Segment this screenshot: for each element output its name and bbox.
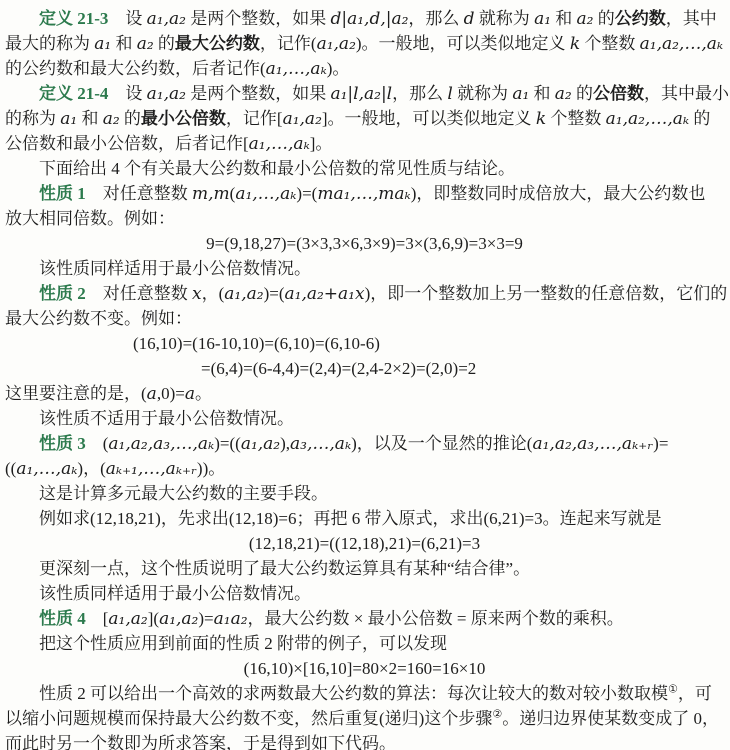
- text-line: 下面给出 4 个有关最大公约数和最小公倍数的常见性质与结论。: [5, 156, 724, 181]
- text-line: 放大相同倍数。例如：: [5, 206, 724, 231]
- text-line: 例如求(12,18,21)，先求出(12,18)=6；再把 6 带入原式，求出(…: [5, 506, 724, 531]
- text-line: 最大的称为 a₁ 和 a₂ 的最大公约数，记作(a₁,a₂)。一般地，可以类似地…: [5, 31, 724, 56]
- text-run: 9=(9,18,27)=(3×3,3×6,3×9)=3×(3,6,9)=3×3=…: [206, 234, 523, 253]
- text-run: ，其中最小: [644, 84, 729, 103]
- text-line: 这里要注意的是，(a,0)=a。: [5, 381, 724, 406]
- text-run: 公倍数和最小公倍数，后者记作[: [5, 134, 249, 153]
- text-run: 和: [551, 9, 577, 28]
- equation-line: 9=(9,18,27)=(3×3,3×6,3×9)=3×(3,6,9)=3×3=…: [5, 231, 724, 256]
- text-run: 的: [593, 9, 614, 28]
- text-run: 的: [689, 109, 710, 128]
- text-run: )，以及一个显然的推论(: [351, 434, 532, 453]
- text-line: 性质 2 可以给出一个高效的求两数最大公约数的算法：每次让较大的数对较小数取模①…: [5, 681, 724, 706]
- math-run: a₁a₂: [214, 609, 248, 629]
- text-line: 性质 2 对任意整数 x，(a₁,a₂)=(a₁,a₂+a₁x)，即一个整数加上…: [5, 281, 724, 306]
- text-line: 这是计算多元最大公约数的主要手段。: [5, 481, 724, 506]
- text-run: )。一般地，可以类似地定义: [356, 34, 570, 53]
- math-run: a₁,a₂,…,aₖ: [640, 34, 723, 54]
- math-run: d: [464, 9, 475, 29]
- text-run: )，即整数同时成倍放大，最大公约数也: [411, 184, 706, 203]
- math-run: a₁: [534, 9, 551, 29]
- text-line: 的公约数和最大公约数，后者记作(a₁,…,aₖ)。: [5, 56, 724, 81]
- text-run: ]。: [310, 134, 333, 153]
- key-term: 公约数: [615, 9, 666, 28]
- text-run: 。: [195, 384, 212, 403]
- text-run: 就称为: [475, 9, 535, 28]
- text-run: 设: [108, 9, 146, 28]
- math-run: a₁,a₂: [147, 84, 186, 104]
- text-run: 个整数: [546, 109, 606, 128]
- equation-line: (16,10)=(16-10,10)=(6,10)=(6,10-6): [133, 331, 724, 356]
- key-term: 公倍数: [593, 84, 644, 103]
- text-run: 更深刻一点，这个性质说明了最大公约数运算具有某种“结合律”。: [39, 559, 530, 578]
- text-run: 对任意整数: [86, 284, 192, 303]
- text-run: (12,18,21)=((12,18),21)=(6,21)=3: [249, 534, 480, 553]
- text-run: [: [86, 609, 109, 628]
- section-label: 性质 3: [39, 434, 86, 453]
- text-run: 的称为: [5, 109, 60, 128]
- text-run: ](: [148, 609, 159, 628]
- text-run: 的公约数和最大公约数，后者记作(: [5, 59, 266, 78]
- text-run: 设: [108, 84, 146, 103]
- text-run: 性质 2 可以给出一个高效的求两数最大公约数的算法：每次让较大的数对较小数取模: [39, 684, 668, 703]
- text-run: 例如求(12,18,21)，先求出(12,18)=6；再把 6 带入原式，求出(…: [39, 509, 662, 528]
- math-run: a₁,a₂: [224, 284, 263, 304]
- math-run: k: [536, 109, 546, 129]
- equation-line: (16,10)×[16,10]=80×2=160=16×10: [5, 656, 724, 681]
- text-run: )=((: [214, 434, 241, 453]
- key-term: 最大公约数: [175, 34, 260, 53]
- text-run: 这是计算多元最大公约数的主要手段。: [39, 484, 328, 503]
- math-run: a₁,…,aₖ: [235, 184, 296, 204]
- text-run: 的: [572, 84, 593, 103]
- text-line: 以缩小问题规模而保持最大公约数不变，然后重复(递归)这个步骤②。递归边界使某数变…: [5, 706, 724, 731]
- text-run: (: [86, 434, 109, 453]
- text-run: ，可: [678, 684, 712, 703]
- text-run: )。: [327, 59, 350, 78]
- math-run: a₁,a₂: [317, 34, 356, 54]
- text-line: 该性质不适用于最小公倍数情况。: [5, 406, 724, 431]
- text-run: 的: [154, 34, 175, 53]
- text-run: 的: [120, 109, 141, 128]
- text-line: 把这个性质应用到前面的性质 2 附带的例子，可以发现: [5, 631, 724, 656]
- key-term: 最小公倍数: [141, 109, 226, 128]
- text-line: 更深刻一点，这个性质说明了最大公约数运算具有某种“结合律”。: [5, 556, 724, 581]
- math-run: a₁,a₂: [108, 609, 147, 629]
- math-run: x: [192, 284, 202, 304]
- math-run: a₂: [103, 109, 120, 129]
- text-line: 的称为 a₁ 和 a₂ 的最小公倍数，记作[a₁,a₂]。一般地，可以类似地定义…: [5, 106, 724, 131]
- text-run: )=(: [296, 184, 317, 203]
- math-run: a₁: [94, 34, 111, 54]
- text-run: ((: [5, 459, 16, 478]
- text-run: =(6,4)=(6-4,4)=(2,4)=(2,4-2×2)=(2,0)=2: [201, 359, 476, 378]
- text-run: 放大相同倍数。例如：: [5, 209, 175, 228]
- math-run: a₁,a₂,…,aₖ: [606, 109, 689, 129]
- math-run: a: [185, 384, 195, 404]
- text-run: 最大的称为: [5, 34, 94, 53]
- text-run: ，记作[: [226, 109, 283, 128]
- section-label: 性质 4: [39, 609, 86, 628]
- text-run: 是两个整数，如果: [186, 9, 331, 28]
- math-run: a₁,a₂: [159, 609, 198, 629]
- math-run: a₃,…,aₖ: [290, 434, 351, 454]
- text-run: 和: [77, 109, 103, 128]
- footnote-marker: ①: [668, 682, 678, 695]
- text-run: ]。一般地，可以类似地定义: [322, 109, 536, 128]
- text-run: 最大公约数不变。例如：: [5, 309, 192, 328]
- text-line: 定义 21-4 设 a₁,a₂ 是两个整数，如果 a₁|l,a₂|l，那么 l …: [5, 81, 724, 106]
- text-run: ))。: [197, 459, 225, 478]
- text-run: ，最大公约数 × 最小公倍数 = 原来两个数的乘积。: [248, 609, 624, 628]
- section-label: 定义 21-4: [39, 84, 108, 103]
- section-label: 性质 2: [39, 284, 86, 303]
- text-line: 性质 1 对任意整数 m,m(a₁,…,aₖ)=(ma₁,…,maₖ)，即整数同…: [5, 181, 724, 206]
- math-run: a₁,…,aₖ: [16, 459, 77, 479]
- math-run: a₁,a₂,a₃,…,aₖ₊ᵣ: [532, 434, 653, 454]
- text-run: 是两个整数，如果: [186, 84, 331, 103]
- text-run: ，记作(: [260, 34, 317, 53]
- text-run: 该性质不适用于最小公倍数情况。: [39, 409, 294, 428]
- text-line: 定义 21-3 设 a₁,a₂ 是两个整数，如果 d|a₁,d,|a₂，那么 d…: [5, 6, 724, 31]
- text-run: ，那么: [408, 9, 463, 28]
- text-line: 而此时另一个数即为所求答案，于是得到如下代码。: [5, 731, 724, 750]
- page-content: 定义 21-3 设 a₁,a₂ 是两个整数，如果 d|a₁,d,|a₂，那么 d…: [5, 6, 724, 750]
- text-run: 就称为: [453, 84, 513, 103]
- text-run: ，其中: [666, 9, 717, 28]
- text-run: 下面给出 4 个有关最大公约数和最小公倍数的常见性质与结论。: [39, 159, 515, 178]
- text-run: (16,10)=(16-10,10)=(6,10)=(6,10-6): [133, 334, 380, 353]
- text-run: )=: [198, 609, 213, 628]
- text-run: ),: [280, 434, 290, 453]
- text-line: 公倍数和最小公倍数，后者记作[a₁,…,aₖ]。: [5, 131, 724, 156]
- text-run: 而此时另一个数即为所求答案，于是得到如下代码。: [5, 734, 396, 750]
- text-run: )=(: [264, 284, 285, 303]
- math-run: a: [147, 384, 157, 404]
- math-run: a₁: [512, 84, 529, 104]
- math-run: a₁,a₂: [283, 109, 322, 129]
- math-run: a₁,…,aₖ: [266, 59, 327, 79]
- text-run: 以缩小问题规模而保持最大公约数不变，然后重复(递归)这个步骤: [5, 709, 492, 728]
- math-run: a₁,a₂: [241, 434, 280, 454]
- text-run: )=: [653, 434, 668, 453]
- text-run: 和: [111, 34, 137, 53]
- text-run: 。递归边界使某数变成了 0，: [502, 709, 719, 728]
- equation-line: =(6,4)=(6-4,4)=(2,4)=(2,4-2×2)=(2,0)=2: [201, 356, 724, 381]
- textbook-page: 定义 21-3 设 a₁,a₂ 是两个整数，如果 d|a₁,d,|a₂，那么 d…: [0, 0, 730, 750]
- math-run: d|a₁,d,|a₂: [330, 9, 408, 29]
- math-run: a₁: [60, 109, 77, 129]
- math-run: a₁,a₂,a₃,…,aₖ: [108, 434, 214, 454]
- math-run: a₂: [577, 9, 594, 29]
- text-line: 性质 3 (a₁,a₂,a₃,…,aₖ)=((a₁,a₂),a₃,…,aₖ)，以…: [5, 431, 724, 456]
- text-run: 该性质同样适用于最小公倍数情况。: [39, 584, 311, 603]
- text-run: )，(: [77, 459, 105, 478]
- text-run: 这里要注意的是，(: [5, 384, 147, 403]
- section-label: 定义 21-3: [39, 9, 108, 28]
- text-line: 性质 4 [a₁,a₂](a₁,a₂)=a₁a₂，最大公约数 × 最小公倍数 =…: [5, 606, 724, 631]
- text-run: 对任意整数: [86, 184, 192, 203]
- text-run: 该性质同样适用于最小公倍数情况。: [39, 259, 311, 278]
- math-run: ma₁,…,maₖ: [317, 184, 410, 204]
- text-run: ，(: [202, 284, 225, 303]
- text-run: (16,10)×[16,10]=80×2=160=16×10: [244, 659, 486, 678]
- equation-line: (12,18,21)=((12,18),21)=(6,21)=3: [5, 531, 724, 556]
- text-run: )，即一个整数加上另一整数的任意倍数，它们的: [365, 284, 728, 303]
- text-line: 最大公约数不变。例如：: [5, 306, 724, 331]
- math-run: a₂: [137, 34, 154, 54]
- math-run: a₁,…,aₖ: [249, 134, 310, 154]
- section-label: 性质 1: [39, 184, 86, 203]
- text-run: ，那么: [392, 84, 447, 103]
- math-run: a₂: [555, 84, 572, 104]
- text-line: 该性质同样适用于最小公倍数情况。: [5, 256, 724, 281]
- text-line: ((a₁,…,aₖ)，(aₖ₊₁,…,aₖ₊ᵣ))。: [5, 456, 724, 481]
- text-run: ,0)=: [157, 384, 185, 403]
- math-run: a₁,a₂: [147, 9, 186, 29]
- text-run: 个整数: [580, 34, 640, 53]
- math-run: a₁,a₂+a₁x: [285, 284, 365, 304]
- math-run: aₖ₊₁,…,aₖ₊ᵣ: [106, 459, 197, 479]
- text-run: 把这个性质应用到前面的性质 2 附带的例子，可以发现: [39, 634, 447, 653]
- math-run: m,m: [192, 184, 230, 204]
- math-run: k: [570, 34, 580, 54]
- text-run: 和: [529, 84, 555, 103]
- footnote-marker: ②: [492, 707, 502, 720]
- math-run: a₁|l,a₂|l: [330, 84, 392, 104]
- text-line: 该性质同样适用于最小公倍数情况。: [5, 581, 724, 606]
